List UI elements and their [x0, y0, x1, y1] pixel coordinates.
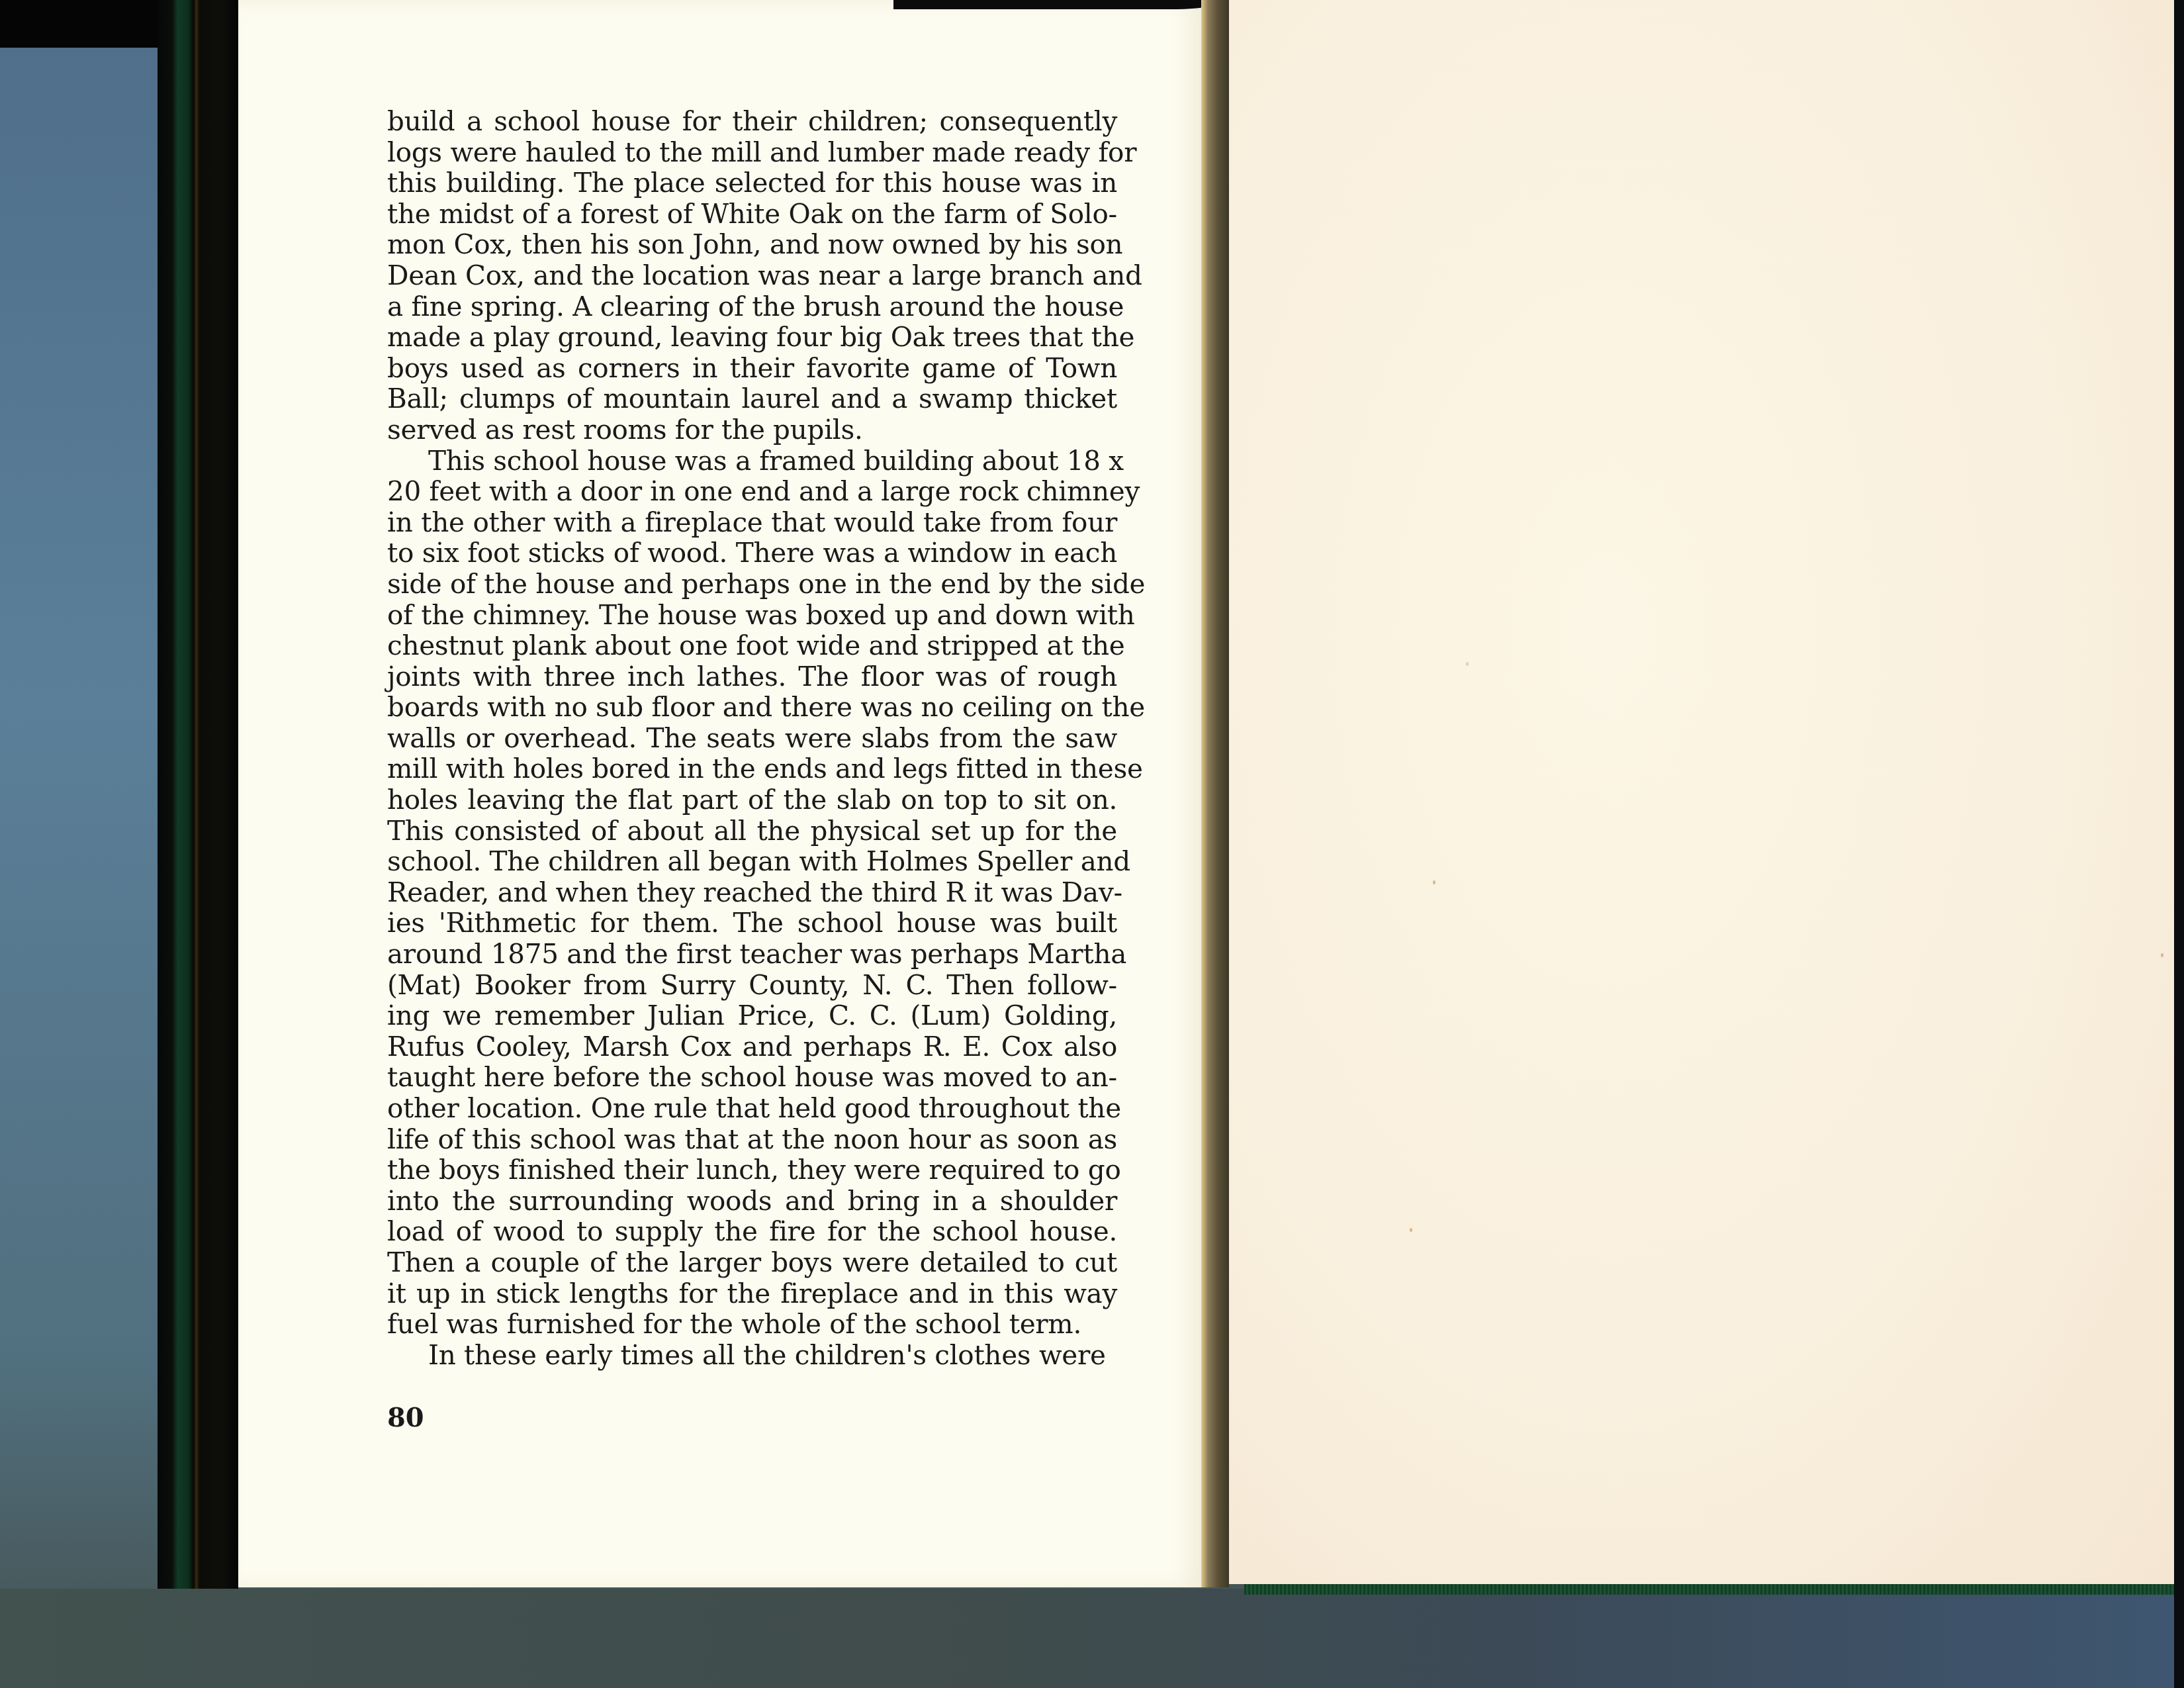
text-line: into the surrounding woods and bring in … [387, 1186, 1117, 1217]
paper-speck [1433, 880, 1435, 884]
paragraph-1: build a school house for their children;… [387, 106, 1117, 445]
text-line: other location. One rule that held good … [387, 1093, 1117, 1124]
text-line: walls or overhead. The seats were slabs … [387, 723, 1117, 754]
text-line: this building. The place selected for th… [387, 167, 1117, 199]
text-line: mon Cox, then his son John, and now owne… [387, 229, 1117, 260]
paragraph-3: In these early times all the children's … [387, 1340, 1117, 1371]
scan-background-left [0, 48, 158, 1688]
text-line: taught here before the school house was … [387, 1062, 1117, 1093]
page-top-fold-shadow [893, 0, 1224, 9]
book-spine-binding [158, 0, 238, 1589]
text-line: the midst of a forest of White Oak on th… [387, 199, 1117, 230]
text-line: mill with holes bored in the ends and le… [387, 753, 1117, 784]
text-line: school. The children all began with Holm… [387, 846, 1117, 877]
text-line: In these early times all the children's … [387, 1340, 1117, 1371]
page-number: 80 [387, 1402, 424, 1433]
text-line: This consisted of about all the physical… [387, 816, 1117, 847]
text-line: joints with three inch lathes. The floor… [387, 661, 1117, 692]
text-line: made a play ground, leaving four big Oak… [387, 322, 1117, 353]
paragraph-2: This school house was a framed building … [387, 445, 1117, 1340]
paper-speck [1410, 1228, 1412, 1232]
text-line: boards with no sub floor and there was n… [387, 692, 1117, 723]
text-line: to six foot sticks of wood. There was a … [387, 538, 1117, 569]
text-line: boys used as corners in their favorite g… [387, 353, 1117, 384]
text-line: load of wood to supply the fire for the … [387, 1216, 1117, 1247]
text-line: life of this school was that at the noon… [387, 1124, 1117, 1155]
text-line: (Mat) Booker from Surry County, N. C. Th… [387, 970, 1117, 1001]
book-gutter [1201, 0, 1229, 1587]
text-line: Then a couple of the larger boys were de… [387, 1247, 1117, 1278]
text-line: Reader, and when they reached the third … [387, 877, 1117, 908]
text-line: chestnut plank about one foot wide and s… [387, 630, 1117, 661]
text-line: in the other with a fireplace that would… [387, 507, 1117, 538]
right-page-blank [1229, 0, 2174, 1584]
text-line: of the chimney. The house was boxed up a… [387, 600, 1117, 631]
text-line: Rufus Cooley, Marsh Cox and perhaps R. E… [387, 1031, 1117, 1062]
text-line: side of the house and perhaps one in the… [387, 569, 1117, 600]
body-text: build a school house for their children;… [387, 106, 1117, 1370]
text-line: holes leaving the flat part of the slab … [387, 784, 1117, 816]
text-line: logs were hauled to the mill and lumber … [387, 137, 1117, 168]
text-line: Dean Cox, and the location was near a la… [387, 260, 1117, 291]
scan-background-bottom [0, 1589, 2184, 1688]
text-line: build a school house for their children;… [387, 106, 1117, 137]
book-cover-cloth-edge [1244, 1584, 2174, 1595]
text-line: This school house was a framed building … [387, 445, 1117, 477]
text-line: fuel was furnished for the whole of the … [387, 1309, 1117, 1340]
text-line: the boys finished their lunch, they were… [387, 1154, 1117, 1186]
text-line: ies 'Rithmetic for them. The school hous… [387, 908, 1117, 939]
text-line: around 1875 and the first teacher was pe… [387, 939, 1117, 970]
paper-speck [2161, 953, 2163, 957]
text-line: ing we remember Julian Price, C. C. (Lum… [387, 1000, 1117, 1031]
text-line: 20 feet with a door in one end and a lar… [387, 476, 1117, 507]
paper-speck [1466, 662, 1469, 666]
scan-right-edge [2174, 0, 2184, 1688]
text-line: Ball; clumps of mountain laurel and a sw… [387, 383, 1117, 414]
text-line: served as rest rooms for the pupils. [387, 414, 1117, 445]
text-line: a fine spring. A clearing of the brush a… [387, 291, 1117, 322]
text-line: it up in stick lengths for the fireplace… [387, 1278, 1117, 1309]
